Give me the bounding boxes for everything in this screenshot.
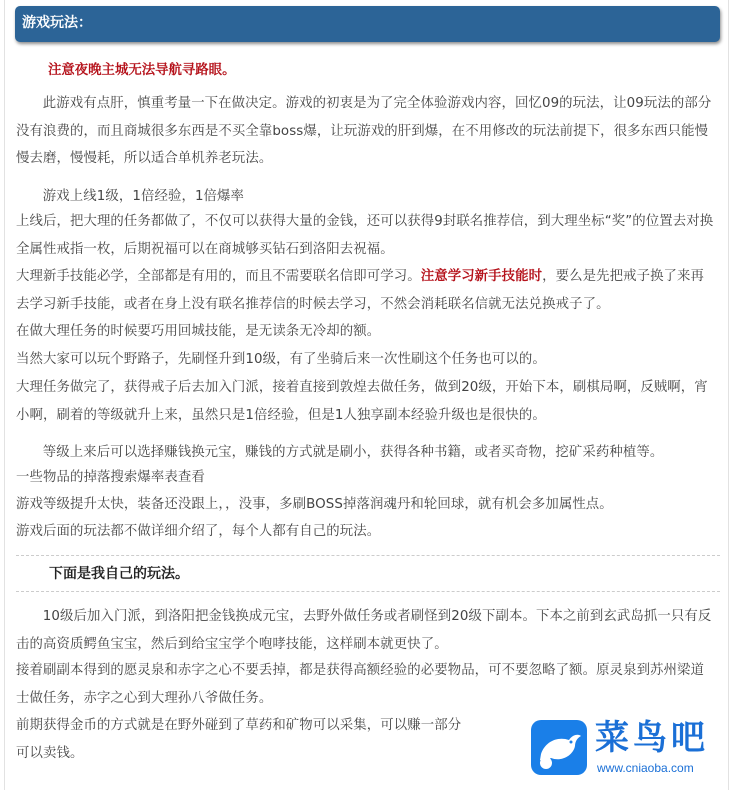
section-header-bar: 游戏玩法： [15,6,720,42]
intro-paragraph: 此游戏有点肝，慎重考量一下在做决定。游戏的初衷是为了完全体验游戏内容，回忆09的… [16,90,716,173]
watermark-logo: 菜鸟吧 www.cniaoba.com [528,712,724,782]
bird-logo-icon [531,720,587,775]
sect-paragraph: 大理任务做完了，获得戒子后去加入门派，接着直接到敦煌去做任务，做到20级，开始下… [16,374,716,429]
night-navigation-warning: 注意夜晚主城无法导航寻路眼。 [48,61,235,81]
rates-paragraph: 游戏上线1级，1倍经验，1倍爆率 [16,183,716,211]
level-up-paragraph: 游戏等级提升太快，装备还没跟上，，没事，多刷BOSS掉落润魂丹和轮回球，就有机会… [16,491,716,519]
newbie-skill-text: 大理新手技能必学，全部都是有用的，而且不需要联名信即可学习。 [16,269,421,284]
watermark-name: 菜鸟吧 [595,718,709,758]
money-paragraph: 等级上来后可以选择赚钱换元宝，赚钱的方式就是刷小，获得各种书籍，或者买奇物，挖矿… [16,439,716,467]
gold-paragraph: 前期获得金币的方式就是在野外碰到了草药和矿物可以采集，可以赚一部分 [16,712,536,740]
my-play-paragraph: 10级后加入门派，到洛阳把金钱换成元宝，去野外做任务或者刷怪到20级下副本。下本… [16,603,716,658]
exp-items-paragraph: 接着刷副本得到的愿灵泉和赤字之心不要丢掉，都是获得高额经验的必要物品，可不要忽略… [16,657,716,712]
wild-route-paragraph: 当然大家可以玩个野路子，先刷怪升到10级，有了坐骑后来一次性刷这个任务也可以的。 [16,346,716,374]
drop-table-paragraph: 一些物品的掉落搜索爆率表查看 [16,464,716,492]
newbie-skill-paragraph: 大理新手技能必学，全部都是有用的，而且不需要联名信即可学习。注意学习新手技能时，… [16,263,716,318]
return-skill-paragraph: 在做大理任务的时候要巧用回城技能，是无读条无冷却的额。 [16,318,716,346]
subheading-box: 下面是我自己的玩法。 [16,555,720,592]
closing-paragraph: 游戏后面的玩法都不做详细介绍了，每个人都有自己的玩法。 [16,518,716,546]
watermark-url: www.cniaoba.com [597,761,694,775]
dali-quest-paragraph: 上线后，把大理的任务都做了，不仅可以获得大量的金钱，还可以获得9封联名推荐信，到… [16,208,716,263]
subheading: 下面是我自己的玩法。 [49,564,189,584]
skill-warning-highlight: 注意学习新手技能时 [421,269,542,284]
section-title: 游戏玩法： [22,14,92,32]
